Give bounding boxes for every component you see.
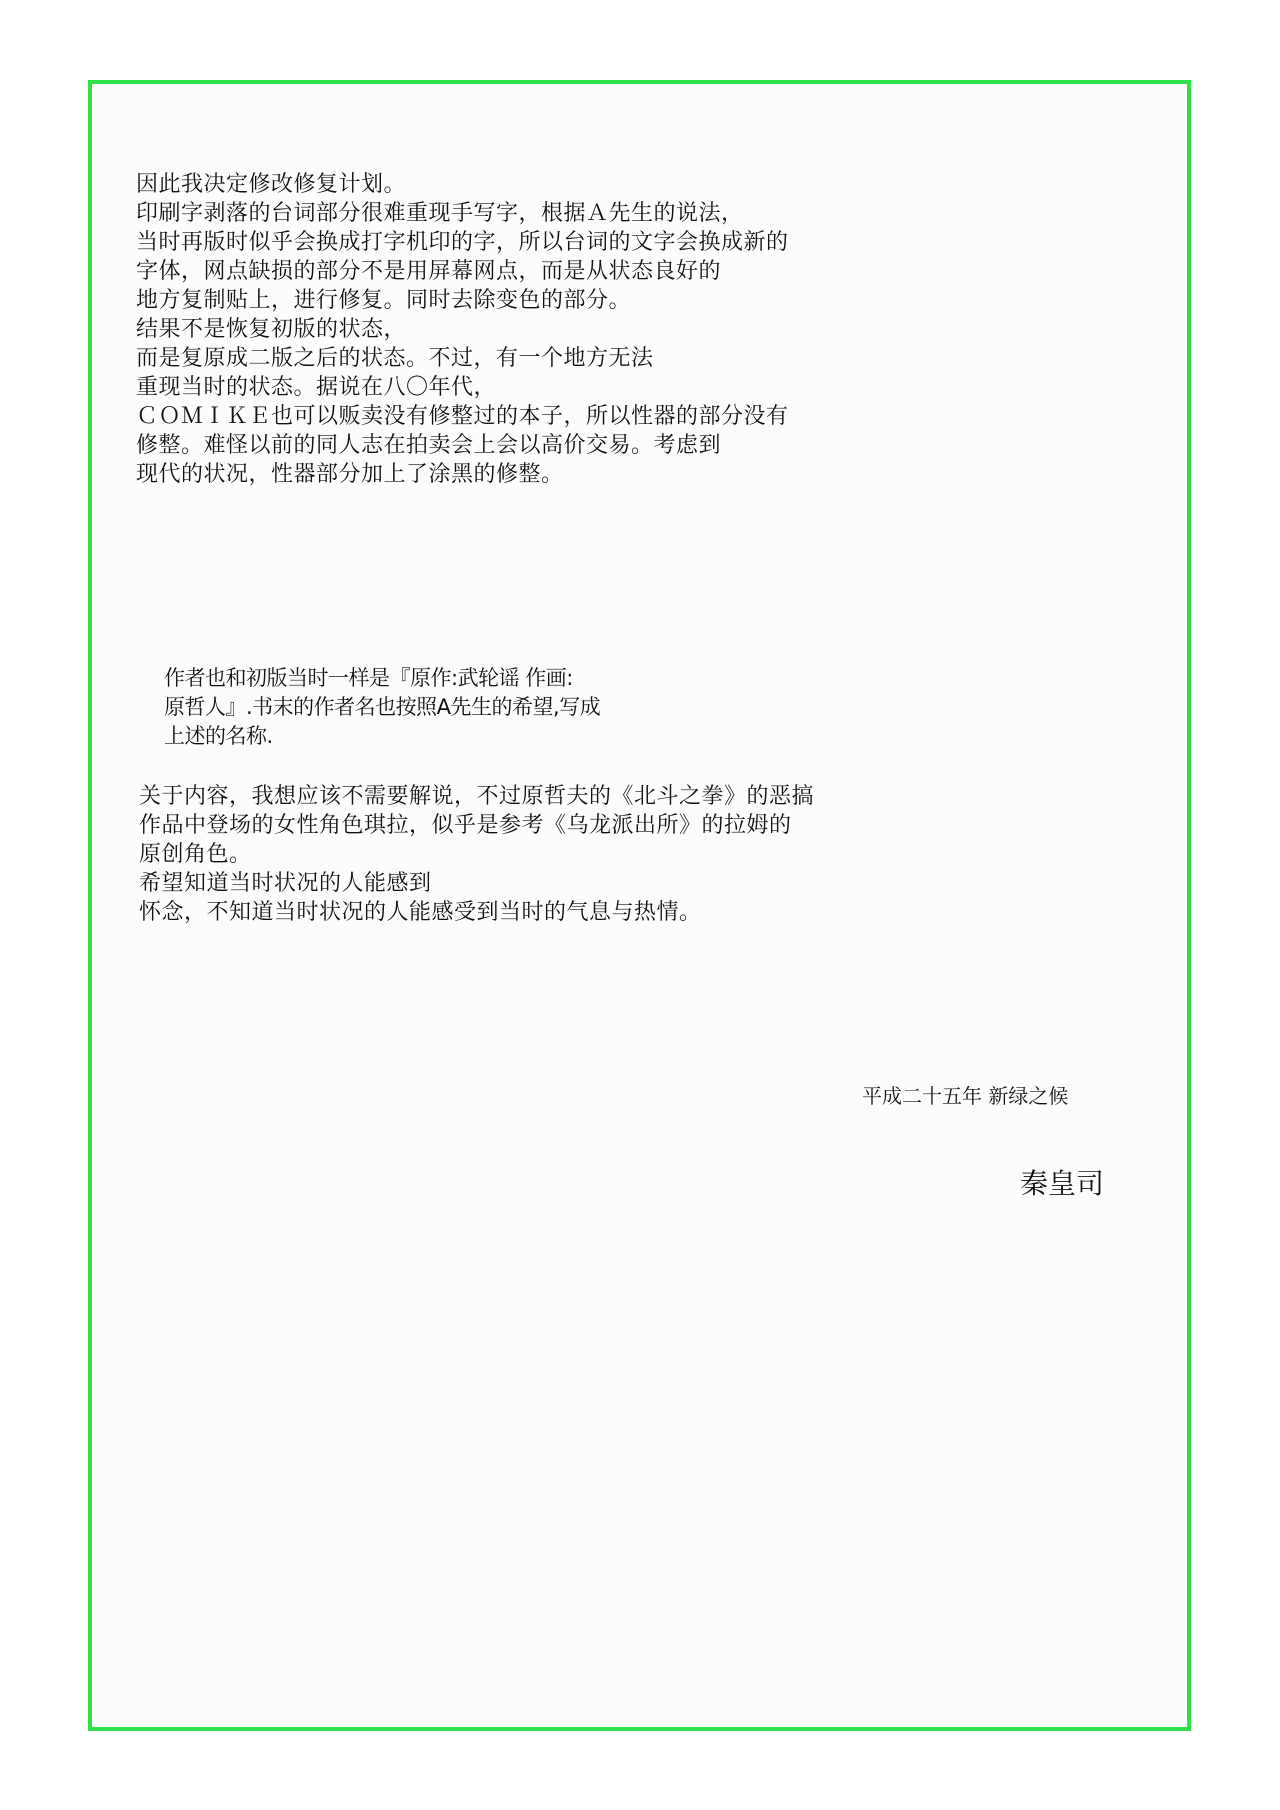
text-line: ＣＯＭＩＫＥ也可以贩卖没有修整过的本子，所以性器的部分没有 — [136, 402, 789, 431]
text-line: 地方复制贴上，进行修复。同时去除变色的部分。 — [136, 286, 789, 315]
text-line: 怀念，不知道当时状况的人能感受到当时的气息与热情。 — [139, 898, 814, 927]
text-line: 因此我决定修改修复计划。 — [136, 170, 789, 199]
text-line: 上述的名称. — [164, 722, 600, 751]
text-line: 作品中登场的女性角色琪拉，似乎是参考《乌龙派出所》的拉姆的 — [139, 811, 814, 840]
text-line: 现代的状况，性器部分加上了涂黑的修整。 — [136, 460, 789, 489]
text-line: 原哲人』.书末的作者名也按照A先生的希望,写成 — [164, 693, 600, 722]
text-line: 印刷字剥落的台词部分很难重现手写字，根据Ａ先生的说法， — [136, 199, 789, 228]
text-line: 关于内容，我想应该不需要解说，不过原哲夫的《北斗之拳》的恶搞 — [139, 782, 814, 811]
text-line: 字体，网点缺损的部分不是用屏幕网点，而是从状态良好的 — [136, 257, 789, 286]
text-line: 重现当时的状态。据说在八〇年代， — [136, 373, 789, 402]
text-line: 希望知道当时状况的人能感到 — [139, 869, 814, 898]
text-line: 修整。难怪以前的同人志在拍卖会上会以高价交易。考虑到 — [136, 431, 789, 460]
text-line: 结果不是恢复初版的状态， — [136, 315, 789, 344]
text-line: 作者也和初版当时一样是『原作:武轮谣 作画: — [164, 664, 600, 693]
paragraph-restoration-plan: 因此我决定修改修复计划。 印刷字剥落的台词部分很难重现手写字，根据Ａ先生的说法，… — [136, 170, 789, 489]
author-signature: 秦皇司 — [1020, 1166, 1104, 1202]
closing-date: 平成二十五年 新绿之候 — [862, 1083, 1068, 1109]
text-line: 当时再版时似乎会换成打字机印的字，所以台词的文字会换成新的 — [136, 228, 789, 257]
paragraph-author-credit: 作者也和初版当时一样是『原作:武轮谣 作画: 原哲人』.书末的作者名也按照A先生… — [164, 664, 600, 751]
paragraph-content-notes: 关于内容，我想应该不需要解说，不过原哲夫的《北斗之拳》的恶搞 作品中登场的女性角… — [139, 782, 814, 927]
text-line: 而是复原成二版之后的状态。不过，有一个地方无法 — [136, 344, 789, 373]
text-line: 原创角色。 — [139, 840, 814, 869]
